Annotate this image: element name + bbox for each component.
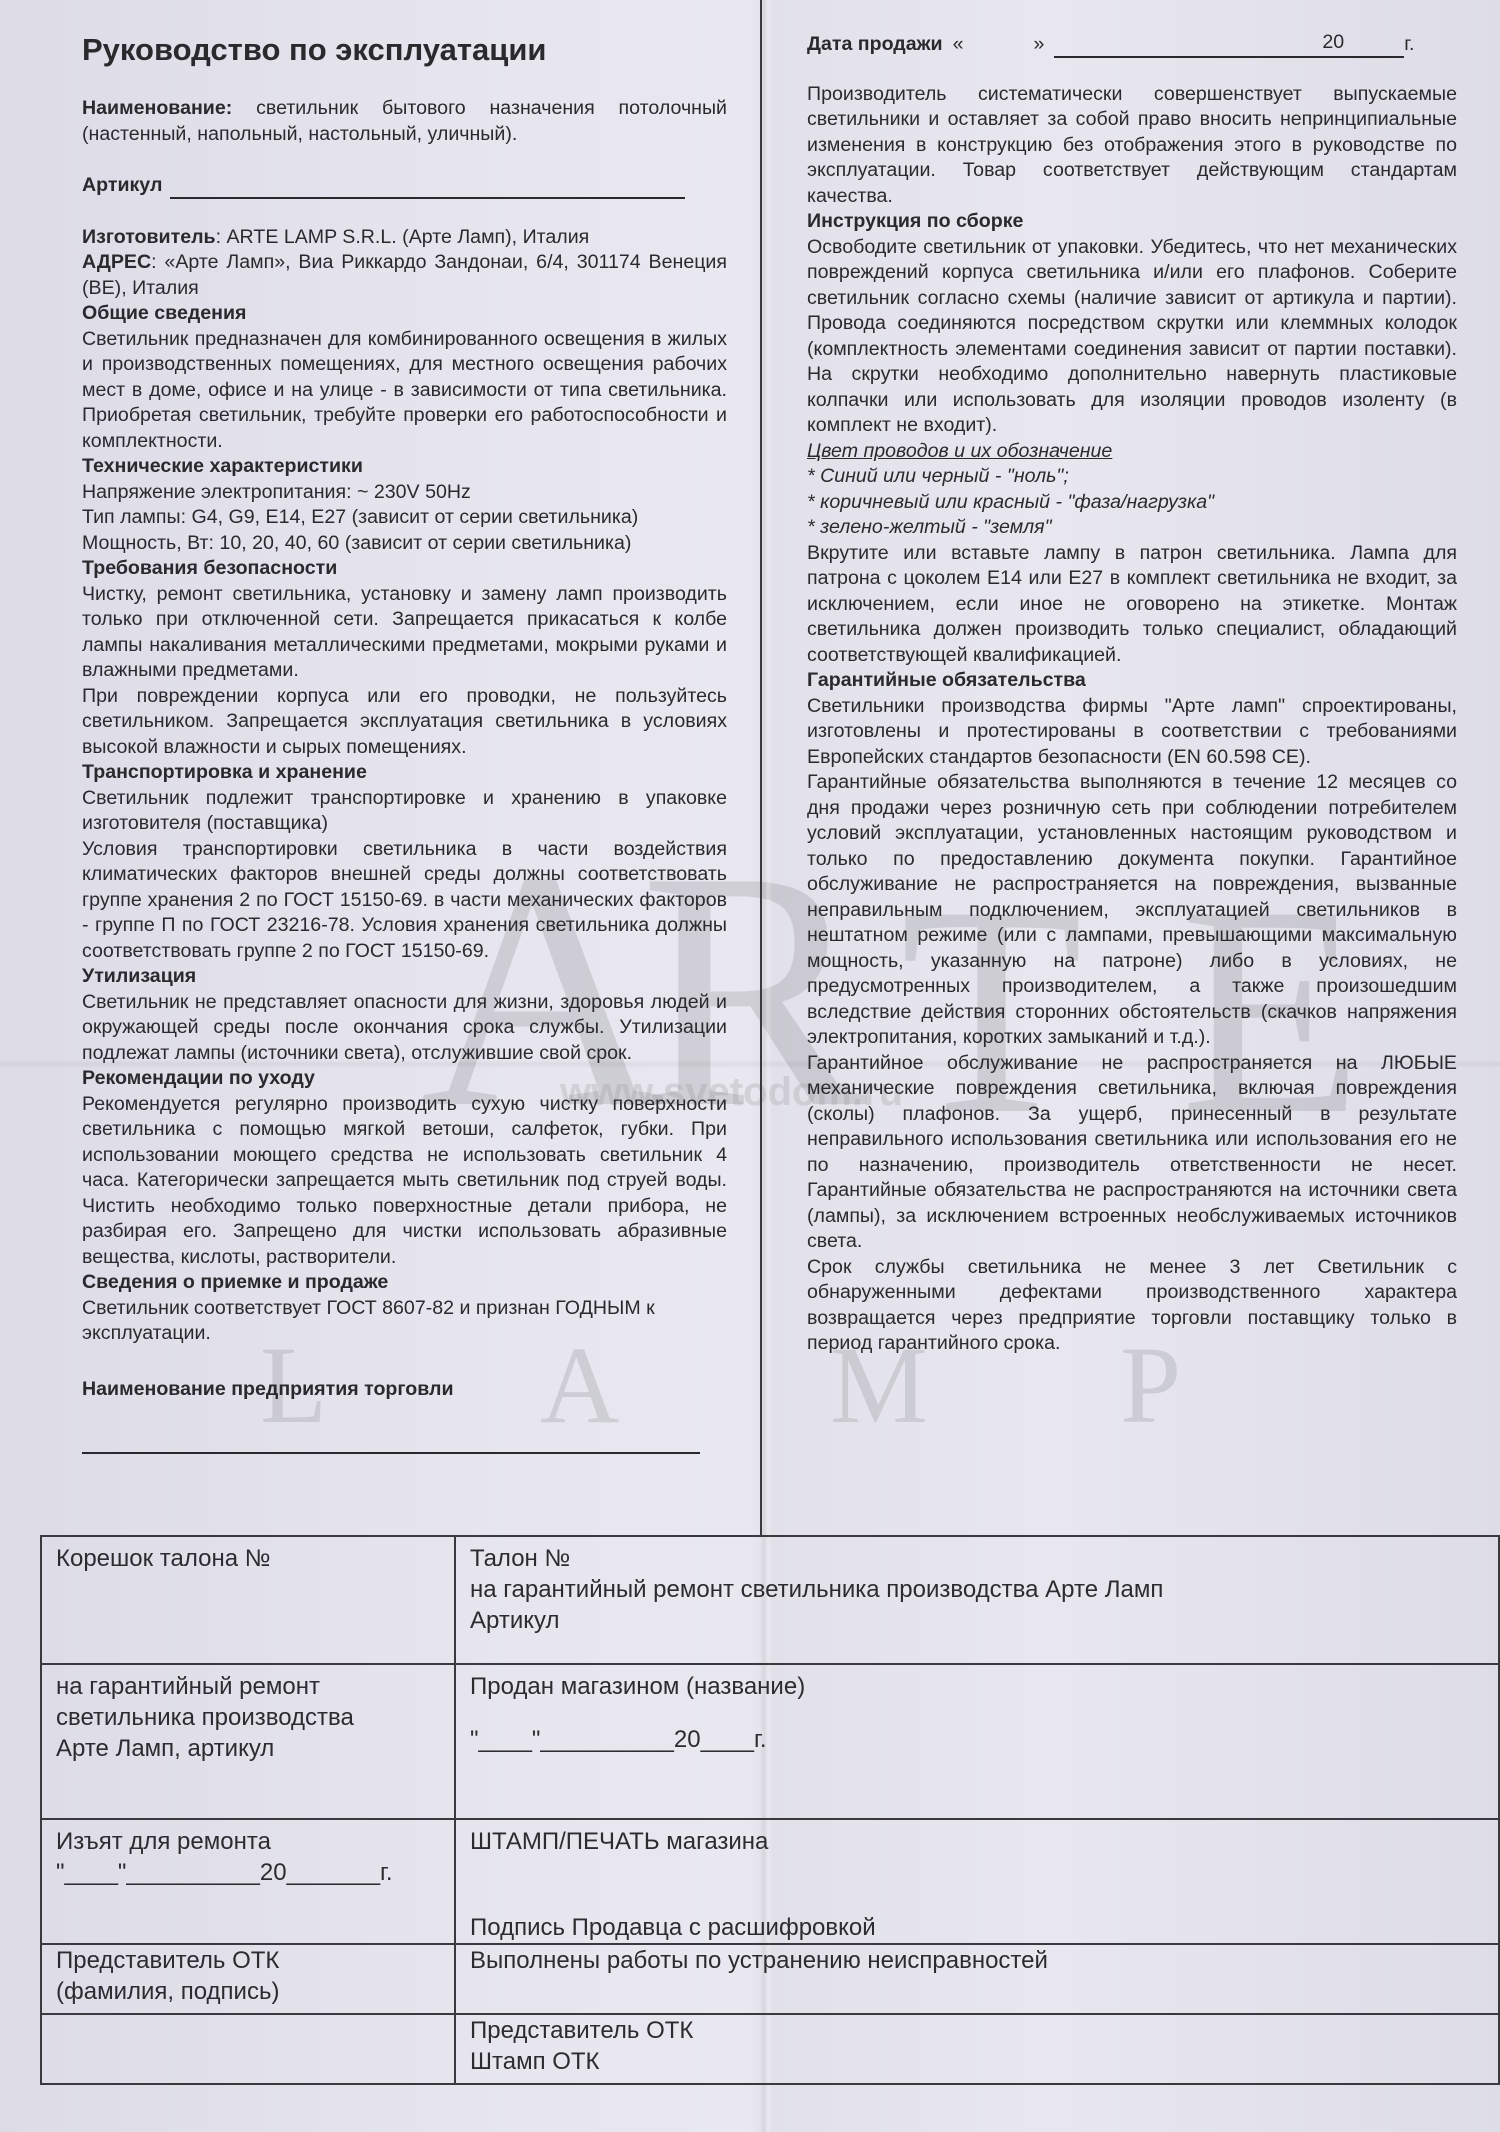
- year-suffix: г.: [1404, 32, 1414, 58]
- cell-line: Арте Ламп, артикул: [56, 1733, 440, 1764]
- cell-line: Выполнены работы по устранению неисправн…: [470, 1945, 1484, 1976]
- address-line: АДРЕС: «Арте Ламп», Виа Риккардо Зандона…: [82, 250, 727, 301]
- warranty-paragraph: Гарантийное обслуживание не распространя…: [807, 1051, 1457, 1255]
- wires-heading: Цвет проводов и их обозначение: [807, 439, 1457, 465]
- cell-line: (фамилия, подпись): [56, 1976, 440, 2007]
- cell-spacer: [470, 1702, 1484, 1724]
- coupon-cell[interactable]: Выполнены работы по устранению неисправн…: [455, 1944, 1499, 2014]
- coupon-stub-cell[interactable]: Представитель ОТК (фамилия, подпись): [41, 1944, 455, 2014]
- section-heading: Общие сведения: [82, 301, 727, 327]
- seller-signature-label: Подпись Продавца с расшифровкой: [470, 1912, 876, 1943]
- coupon-cell[interactable]: Продан магазином (название) "____"______…: [455, 1664, 1499, 1819]
- cell-line: на гарантийный ремонт: [56, 1671, 440, 1702]
- warranty-coupon-table: Корешок талона № Талон № на гарантийный …: [40, 1535, 1500, 2085]
- spec-lamp-type: Тип лампы: G4, G9, E14, E27 (зависит от …: [82, 505, 727, 531]
- section-care: Рекомендации по уходу Рекомендуется регу…: [82, 1066, 727, 1270]
- section-paragraph: Условия транспортировки светильника в ча…: [82, 837, 727, 965]
- coupon-stub-cell[interactable]: Корешок талона №: [41, 1536, 455, 1664]
- address-label: АДРЕС: [82, 251, 151, 273]
- coupon-cell[interactable]: Талон № на гарантийный ремонт светильник…: [455, 1536, 1499, 1664]
- table-row: Корешок талона № Талон № на гарантийный …: [41, 1536, 1499, 1664]
- cell-line: Представитель ОТК: [56, 1945, 440, 1976]
- warranty-paragraph: Светильники производства фирмы "Арте лам…: [807, 694, 1457, 771]
- document-title: Руководство по эксплуатации: [82, 30, 727, 70]
- manufacturer-label: Изготовитель: [82, 226, 216, 248]
- cell-line: Представитель ОТК: [470, 2015, 1484, 2046]
- year-prefix: 20: [1322, 30, 1344, 58]
- intro-paragraph: Производитель систематически совершенств…: [807, 82, 1457, 210]
- removed-date-blank: "____"__________20_______г.: [56, 1857, 440, 1888]
- sale-date-label: Дата продажи: [807, 32, 943, 58]
- year-blank-line[interactable]: [1344, 56, 1404, 58]
- wire-item: * Синий или черный - "ноль";: [807, 464, 1457, 490]
- table-row: на гарантийный ремонт светильника произв…: [41, 1664, 1499, 1819]
- coupon-cell[interactable]: ШТАМП/ПЕЧАТЬ магазина Подпись Продавца с…: [455, 1819, 1499, 1944]
- trade-enterprise-label: Наименование предприятия торговли: [82, 1377, 727, 1403]
- manufacturer-text: : ARTE LAMP S.R.L. (Арте Ламп), Италия: [216, 226, 590, 248]
- coupon-stub-cell[interactable]: на гарантийный ремонт светильника произв…: [41, 1664, 455, 1819]
- section-paragraph: Рекомендуется регулярно производить суху…: [82, 1092, 727, 1271]
- section-paragraph: При повреждении корпуса или его проводки…: [82, 684, 727, 761]
- cell-line: Корешок талона №: [56, 1543, 440, 1574]
- coupon-stub-cell[interactable]: [41, 2014, 455, 2084]
- naming-block: Наименование: светильник бытового назнач…: [82, 96, 727, 147]
- address-text: : «Арте Ламп», Виа Риккардо Зандонаи, 6/…: [82, 251, 727, 299]
- section-transport: Транспортировка и хранение Светильник по…: [82, 760, 727, 964]
- spec-power: Мощность, Вт: 10, 20, 40, 60 (зависит от…: [82, 531, 727, 557]
- table-row: Представитель ОТК Штамп ОТК: [41, 2014, 1499, 2084]
- article-blank-line[interactable]: [170, 197, 685, 199]
- manufacturer-line: Изготовитель: ARTE LAMP S.R.L. (Арте Лам…: [82, 225, 727, 251]
- right-column: Дата продажи « » 20 г. Производитель сис…: [807, 0, 1457, 1357]
- sold-date-blank: "____"__________20____г.: [470, 1724, 1484, 1755]
- section-safety: Требования безопасности Чистку, ремонт с…: [82, 556, 727, 760]
- section-paragraph: Светильник предназначен для комбинирован…: [82, 327, 727, 455]
- cell-line: Артикул: [470, 1605, 1484, 1636]
- section-paragraph: Светильник не представляет опасности для…: [82, 990, 727, 1067]
- article-field: Артикул: [82, 173, 727, 199]
- trade-enterprise-blank-line[interactable]: [82, 1452, 700, 1454]
- lamp-paragraph: Вкрутите или вставьте лампу в патрон све…: [807, 541, 1457, 669]
- close-quote: »: [1033, 32, 1044, 58]
- cell-line: Штамп ОТК: [470, 2046, 1484, 2077]
- cell-line: светильника производства: [56, 1702, 440, 1733]
- section-heading: Требования безопасности: [82, 556, 727, 582]
- section-paragraph: Светильник соответствует ГОСТ 8607-82 и …: [82, 1296, 727, 1347]
- cell-line: ШТАМП/ПЕЧАТЬ магазина: [470, 1826, 1484, 1857]
- cell-line: Продан магазином (название): [470, 1671, 1484, 1702]
- month-blank-line[interactable]: [1054, 56, 1322, 58]
- assembly-heading: Инструкция по сборке: [807, 209, 1457, 235]
- spec-voltage: Напряжение электропитания: ~ 230V 50Hz: [82, 480, 727, 506]
- coupon-stub-cell[interactable]: Изъят для ремонта "____"__________20____…: [41, 1819, 455, 1944]
- cell-line: Талон №: [470, 1543, 1484, 1574]
- wire-item: * зелено-желтый - "земля": [807, 515, 1457, 541]
- section-general: Общие сведения Светильник предназначен д…: [82, 301, 727, 454]
- sale-date-field: Дата продажи « » 20 г.: [807, 30, 1457, 58]
- section-paragraph: Чистку, ремонт светильника, установку и …: [82, 582, 727, 684]
- section-specs: Технические характеристики Напряжение эл…: [82, 454, 727, 556]
- section-heading: Транспортировка и хранение: [82, 760, 727, 786]
- warranty-paragraph: Гарантийные обязательства выполняются в …: [807, 770, 1457, 1051]
- column-divider: [760, 0, 762, 1535]
- table-row: Представитель ОТК (фамилия, подпись) Вып…: [41, 1944, 1499, 2014]
- section-disposal: Утилизация Светильник не представляет оп…: [82, 964, 727, 1066]
- naming-label: Наименование:: [82, 97, 232, 119]
- open-quote: «: [953, 32, 964, 58]
- cell-line: на гарантийный ремонт светильника произв…: [470, 1574, 1484, 1605]
- section-heading: Утилизация: [82, 964, 727, 990]
- warranty-heading: Гарантийные обязательства: [807, 668, 1457, 694]
- section-heading: Технические характеристики: [82, 454, 727, 480]
- left-column: Руководство по эксплуатации Наименование…: [82, 0, 727, 1462]
- section-paragraph: Светильник подлежит транспортировке и хр…: [82, 786, 727, 837]
- wire-item: * коричневый или красный - "фаза/нагрузк…: [807, 490, 1457, 516]
- cell-line: Изъят для ремонта: [56, 1826, 440, 1857]
- section-heading: Сведения о приемке и продаже: [82, 1270, 727, 1296]
- section-acceptance: Сведения о приемке и продаже Светильник …: [82, 1270, 727, 1347]
- section-heading: Рекомендации по уходу: [82, 1066, 727, 1092]
- assembly-paragraph: Освободите светильник от упаковки. Убеди…: [807, 235, 1457, 439]
- warranty-paragraph: Срок службы светильника не менее 3 лет С…: [807, 1255, 1457, 1357]
- article-label: Артикул: [82, 173, 162, 199]
- table-row: Изъят для ремонта "____"__________20____…: [41, 1819, 1499, 1944]
- coupon-cell[interactable]: Представитель ОТК Штамп ОТК: [455, 2014, 1499, 2084]
